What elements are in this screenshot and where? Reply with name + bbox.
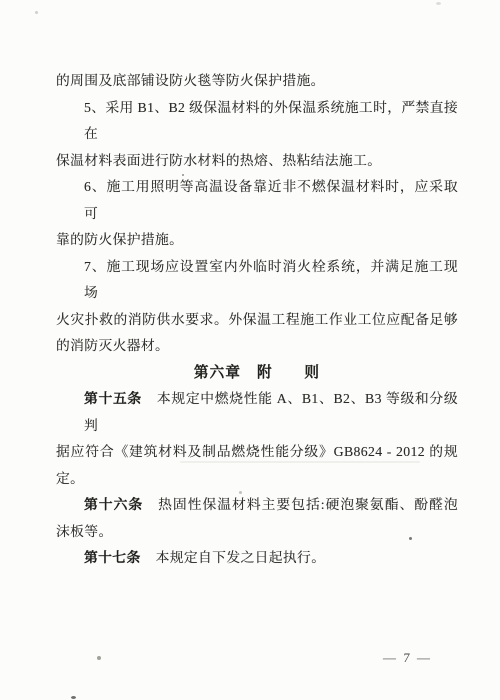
article-line: 定。 — [56, 466, 458, 493]
article-line: 第十五条本规定中燃烧性能 A、B1、B2、B3 等级和分级判 — [56, 386, 458, 439]
body-line: 5、采用 B1、B2 级保温材料的外保温系统施工时，严禁直接在 — [56, 95, 458, 148]
scan-smudge — [180, 461, 420, 463]
body-line: 靠的防火保护措施。 — [56, 227, 458, 254]
article-number-label: 第十六条 — [84, 497, 143, 512]
body-line: 的周围及底部铺设防火毯等防火保护措施。 — [56, 68, 458, 95]
article-line: 沫板等。 — [56, 519, 458, 546]
scan-speck — [239, 491, 242, 494]
scan-speck — [71, 696, 76, 699]
body-line: 保温材料表面进行防水材料的热熔、热粘结法施工。 — [56, 148, 458, 175]
body-line: 6、施工用照明等高温设备靠近非不燃保温材料时，应采取可 — [56, 174, 458, 227]
article-number-label: 第十七条 — [84, 550, 141, 565]
article-text: 热固性保温材料主要包括:硬泡聚氨酯、酚醛泡 — [158, 497, 458, 512]
body-line: 的消防灭火器材。 — [56, 333, 458, 360]
document-body: 的周围及底部铺设防火毯等防火保护措施。 5、采用 B1、B2 级保温材料的外保温… — [56, 68, 458, 572]
scan-speck — [436, 2, 441, 5]
chapter-heading: 第六章 附 则 — [56, 360, 458, 387]
article-number-label: 第十五条 — [84, 391, 142, 406]
scan-speck — [182, 174, 184, 176]
scanned-document-page: 的周围及底部铺设防火毯等防火保护措施。 5、采用 B1、B2 级保温材料的外保温… — [0, 0, 500, 700]
article-line: 第十七条本规定自下发之日起执行。 — [56, 545, 458, 572]
article-text: 本规定自下发之日起执行。 — [156, 550, 326, 565]
article-line: 第十六条热固性保温材料主要包括:硬泡聚氨酯、酚醛泡 — [56, 492, 458, 519]
body-line: 7、施工现场应设置室内外临时消火栓系统，并满足施工现场 — [56, 254, 458, 307]
scan-speck — [97, 656, 101, 660]
page-number: — 7 — — [382, 650, 432, 666]
body-line: 火灾扑救的消防供水要求。外保温工程施工作业工位应配备足够 — [56, 307, 458, 334]
scan-speck — [35, 11, 38, 14]
scan-speck — [409, 537, 412, 540]
